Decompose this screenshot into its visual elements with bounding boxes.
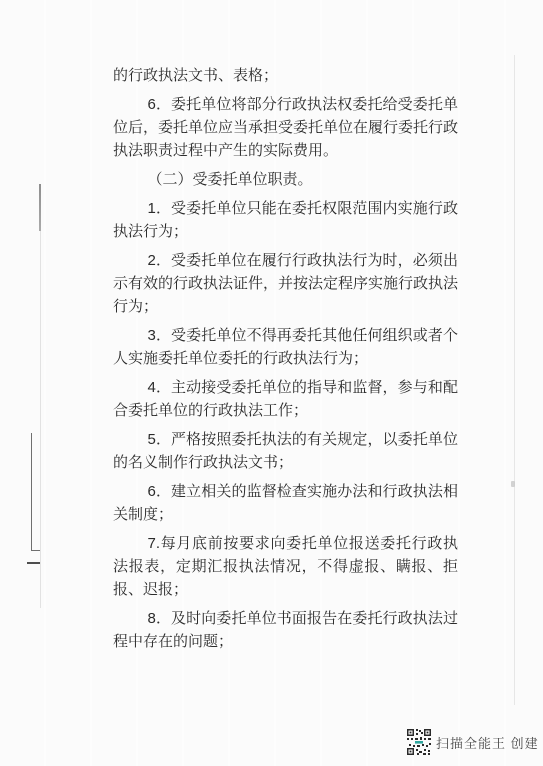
paragraph: 3．受委托单位不得再委托其他任何组织或者个人实施委托单位委托的行政执法行为； [113, 324, 458, 370]
paragraph: 5．严格按照委托执法的有关规定，以委托单位的名义制作行政执法文书； [113, 428, 458, 474]
left-fold-line-top [39, 184, 41, 231]
paragraph: 8．及时向委托单位书面报告在委托行政执法过程中存在的问题； [113, 607, 458, 653]
paragraph: 4．主动接受委托单位的指导和监督，参与和配合委托单位的行政执法工作； [113, 376, 458, 422]
qr-code-icon [407, 729, 431, 755]
paragraph: （二）受委托单位职责。 [113, 168, 458, 191]
paragraph: 1．受委托单位只能在委托权限范围内实施行政执法行为； [113, 197, 458, 243]
paragraph: 2．受委托单位在履行行政执法行为时，必须出示有效的行政执法证件，并按法定程序实施… [113, 249, 458, 318]
left-fold-line [40, 231, 42, 608]
left-margin-dash-mark [27, 562, 40, 564]
qr-accent-bar [415, 741, 423, 744]
scan-speck [511, 481, 515, 487]
paragraph: 6．委托单位将部分行政执法权委托给受委托单位后，委托单位应当承担受委托单位在履行… [113, 93, 458, 162]
watermark: 扫描全能王 创建 [407, 729, 539, 755]
document-body: 的行政执法文书、表格；6．委托单位将部分行政执法权委托给受委托单位后，委托单位应… [113, 64, 458, 653]
right-fold-line [514, 55, 515, 705]
paragraph: 6．建立相关的监督检查实施办法和行政执法相关制度； [113, 480, 458, 526]
paragraph: 的行政执法文书、表格； [113, 64, 458, 87]
scanned-document-page: 的行政执法文书、表格；6．委托单位将部分行政执法权委托给受委托单位后，委托单位应… [0, 0, 543, 766]
left-margin-bracket-mark [31, 433, 40, 551]
watermark-label: 扫描全能王 创建 [436, 733, 539, 752]
paragraph: 7.每月底前按要求向委托单位报送委托行政执法报表，定期汇报执法情况，不得虚报、瞒… [113, 532, 458, 601]
